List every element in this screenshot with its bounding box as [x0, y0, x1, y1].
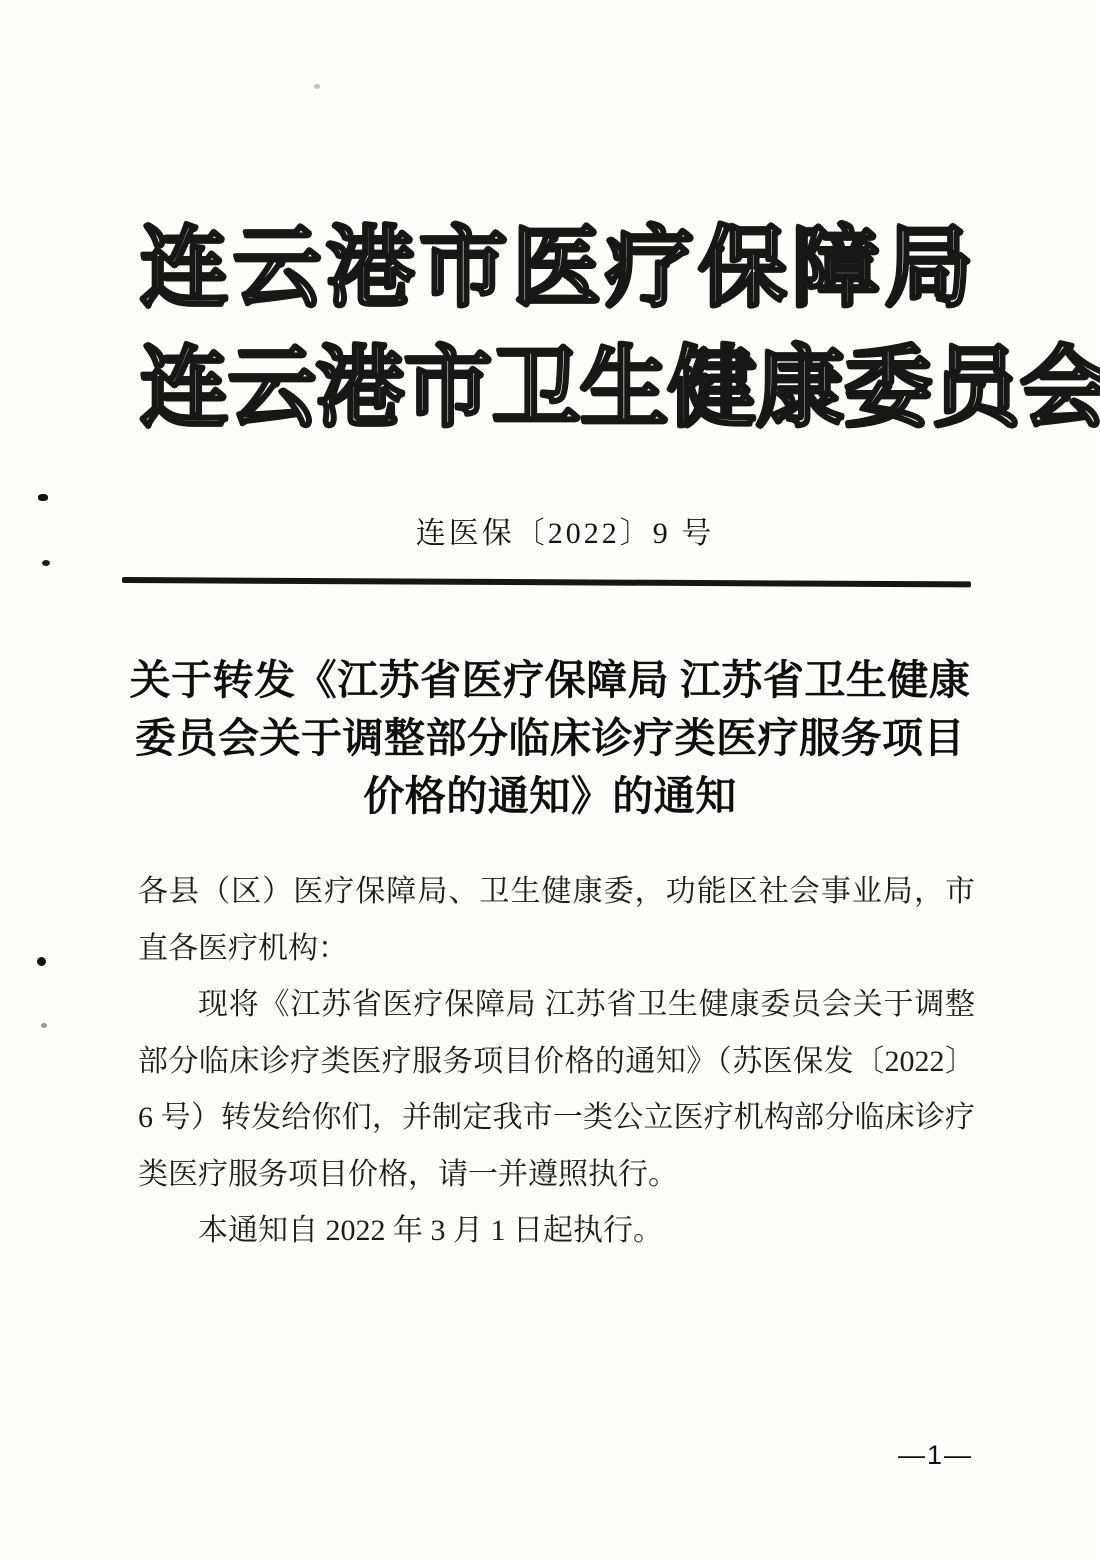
page-number: —1—: [898, 1440, 973, 1471]
addressee-paragraph: 各县（区）医疗保障局、卫生健康委，功能区社会事业局，市直各医疗机构：: [138, 864, 975, 977]
agency-name-line1: 连云港市医疗保障局: [140, 222, 973, 317]
scan-artifact-dot: [38, 494, 48, 501]
scan-artifact-dot: [37, 957, 46, 966]
document-body: 各县（区）医疗保障局、卫生健康委，功能区社会事业局，市直各医疗机构： 现将《江苏…: [138, 864, 975, 1260]
document-number: 连医保〔2022〕9 号: [0, 508, 1100, 552]
title-line-1: 关于转发《江苏省医疗保障局 江苏省卫生健康: [0, 651, 1100, 709]
scan-artifact-dot: [41, 1023, 47, 1028]
document-title: 关于转发《江苏省医疗保障局 江苏省卫生健康 委员会关于调整部分临床诊疗类医疗服务…: [0, 651, 1100, 825]
agency-name-line2: 连云港市卫生健康委员会: [140, 342, 973, 437]
body-paragraph-1: 现将《江苏省医疗保障局 江苏省卫生健康委员会关于调整部分临床诊疗类医疗服务项目价…: [138, 977, 975, 1203]
title-line-2: 委员会关于调整部分临床诊疗类医疗服务项目: [0, 709, 1100, 767]
title-line-3: 价格的通知》的通知: [0, 767, 1100, 825]
body-paragraph-2: 本通知自 2022 年 3 月 1 日起执行。: [138, 1203, 975, 1260]
scan-artifact-dot: [314, 84, 320, 89]
scanned-document-page: 连云港市医疗保障局 连云港市卫生健康委员会 连医保〔2022〕9 号 关于转发《…: [0, 0, 1100, 1558]
header-divider-rule: [122, 577, 971, 587]
scan-artifact-dot: [42, 560, 50, 566]
